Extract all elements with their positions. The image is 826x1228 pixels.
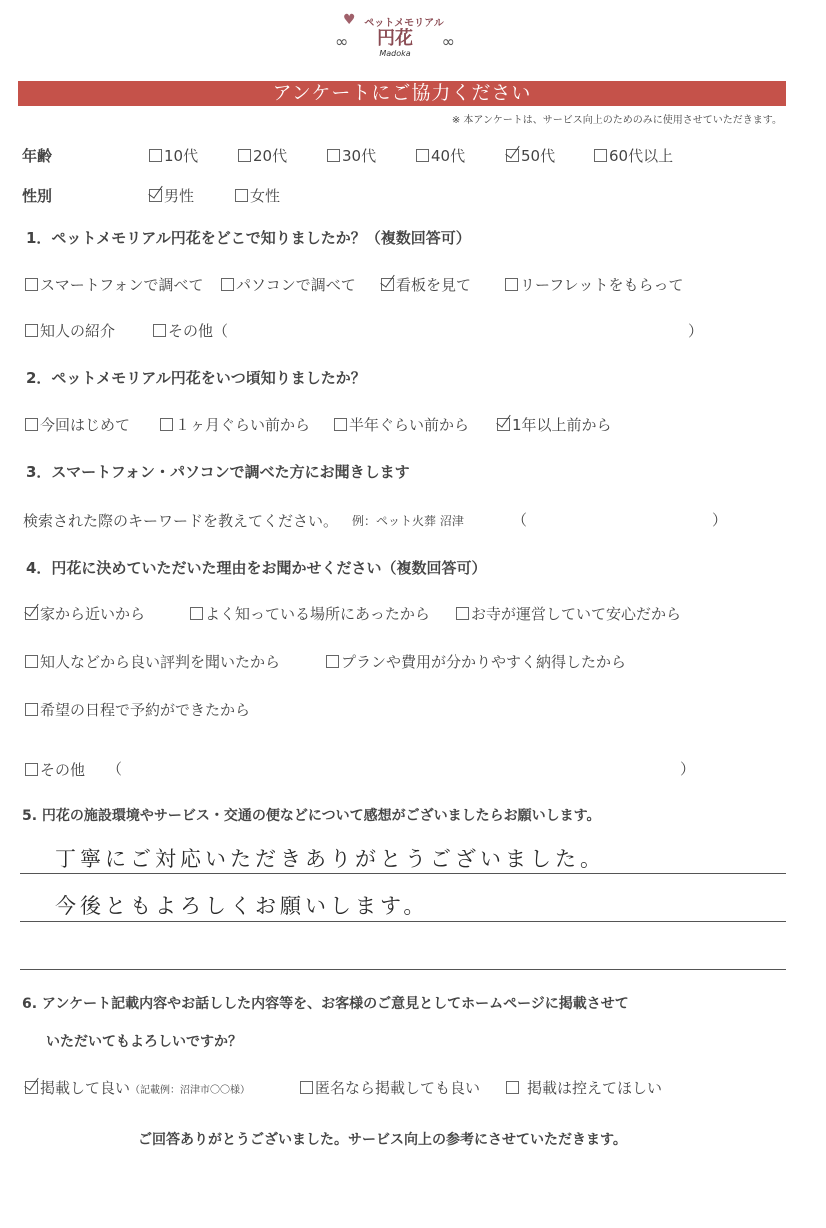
gender-label: 性別	[22, 185, 52, 206]
usage-note: ※ 本アンケートは、サービス向上のためのみに使用させていただきます。	[452, 111, 782, 126]
checkbox[interactable]	[594, 149, 607, 162]
q4-option-preferred-date[interactable]: 希望の日程で予約ができたから	[25, 699, 250, 720]
age-option-40s[interactable]: 40代	[416, 145, 465, 166]
logo-top-text: ペットメモリアル	[353, 14, 455, 29]
q6-option-publish-ok[interactable]: 掲載して良い（記載例：沼津市〇〇様）	[25, 1077, 250, 1098]
checkbox[interactable]	[456, 607, 469, 620]
answer-rule-2	[20, 921, 786, 922]
q4-option-clear-pricing[interactable]: プランや費用が分かりやすく納得したから	[326, 651, 626, 672]
q4-other-close-paren: ）	[680, 758, 695, 779]
checkbox[interactable]	[25, 655, 38, 668]
q3-example: 例：ペット火葬 沼津	[352, 512, 464, 529]
checkbox[interactable]	[25, 763, 38, 776]
q2-option-half-year[interactable]: 半年ぐらい前から	[334, 414, 469, 435]
checkbox-checked[interactable]	[149, 189, 162, 202]
q2-option-first-time[interactable]: 今回はじめて	[25, 414, 130, 435]
q1-option-smartphone[interactable]: スマートフォンで調べて	[25, 274, 204, 295]
checkbox-checked[interactable]	[25, 607, 38, 620]
q6-title-line-2: いただいてもよろしいですか？	[46, 1031, 242, 1051]
q6-title-line-1: 6. アンケート記載内容やお話しした内容等を、お客様のご意見としてホームページに…	[22, 993, 629, 1013]
checkbox[interactable]	[506, 1081, 519, 1094]
logo-sub-text: Madoka	[335, 49, 455, 58]
swirl-right-icon: ∞	[442, 32, 455, 51]
checkbox[interactable]	[327, 149, 340, 162]
q3-close-paren: ）	[712, 509, 727, 530]
q5-answer-line-2[interactable]: 今後ともよろしくお願いします。	[55, 890, 428, 920]
q6-option-anonymous-ok[interactable]: 匿名なら掲載しても良い	[300, 1077, 480, 1098]
checkbox[interactable]	[149, 149, 162, 162]
checkbox[interactable]	[221, 278, 234, 291]
q4-option-temple-run[interactable]: お寺が運営していて安心だから	[456, 603, 681, 624]
q1-option-signboard[interactable]: 看板を見て	[381, 274, 471, 295]
q4-option-other[interactable]: その他	[25, 759, 85, 780]
banner-title: アンケートにご協力ください	[18, 81, 786, 106]
checkbox[interactable]	[153, 324, 166, 337]
logo-main-text: 円花	[335, 29, 455, 49]
q2-option-1-year-plus[interactable]: 1年以上前から	[497, 414, 612, 435]
checkbox[interactable]	[190, 607, 203, 620]
checkbox[interactable]	[25, 324, 38, 337]
logo: ♥ ペットメモリアル ∞ 円花 ∞ Madoka	[335, 8, 455, 70]
checkbox-checked[interactable]	[497, 418, 510, 431]
checkbox[interactable]	[25, 703, 38, 716]
checkbox[interactable]	[238, 149, 251, 162]
checkbox[interactable]	[235, 189, 248, 202]
gender-option-female[interactable]: 女性	[235, 185, 280, 206]
checkbox-checked[interactable]	[506, 149, 519, 162]
q2-option-1-month[interactable]: １ヶ月ぐらい前から	[160, 414, 310, 435]
footer-thanks: ご回答ありがとうございました。サービス向上の参考にさせていただきます。	[138, 1129, 627, 1149]
age-option-30s[interactable]: 30代	[327, 145, 376, 166]
q3-keyword-input[interactable]	[530, 508, 705, 530]
checkbox[interactable]	[300, 1081, 313, 1094]
q4-option-near-home[interactable]: 家から近いから	[25, 603, 145, 624]
q2-title: 2．ペットメモリアル円花をいつ頃知りましたか？	[26, 367, 366, 388]
checkbox[interactable]	[416, 149, 429, 162]
q1-option-referral[interactable]: 知人の紹介	[25, 320, 115, 341]
q3-title: 3．スマートフォン・パソコンで調べた方にお聞きします	[26, 461, 410, 482]
q4-option-known-place[interactable]: よく知っている場所にあったから	[190, 603, 430, 624]
heart-icon: ♥	[343, 12, 356, 28]
age-option-20s[interactable]: 20代	[238, 145, 287, 166]
q6-option-decline[interactable]: 掲載は控えてほしい	[506, 1077, 662, 1098]
swirl-left-icon: ∞	[335, 32, 348, 51]
checkbox[interactable]	[326, 655, 339, 668]
answer-rule-3	[20, 969, 786, 970]
q5-title: 5. 円花の施設環境やサービス・交通の便などについて感想がございましたらお願いし…	[22, 805, 601, 825]
q4-title: 4．円花に決めていただいた理由をお聞かせください（複数回答可）	[26, 557, 486, 578]
checkbox-checked[interactable]	[25, 1081, 38, 1094]
q4-other-open-paren: （	[107, 758, 122, 779]
age-option-10s[interactable]: 10代	[149, 145, 198, 166]
age-option-50s[interactable]: 50代	[506, 145, 555, 166]
q1-title: 1．ペットメモリアル円花をどこで知りましたか？（複数回答可）	[26, 227, 471, 248]
checkbox[interactable]	[505, 278, 518, 291]
q4-option-good-reputation[interactable]: 知人などから良い評判を聞いたから	[25, 651, 280, 672]
checkbox[interactable]	[25, 278, 38, 291]
publish-example-note: （記載例：沼津市〇〇様）	[130, 1085, 250, 1096]
checkbox-checked[interactable]	[381, 278, 394, 291]
q3-open-paren: （	[512, 509, 527, 530]
q1-other-close-paren: ）	[688, 320, 703, 341]
q1-option-leaflet[interactable]: リーフレットをもらって	[505, 274, 684, 295]
q1-option-other[interactable]: その他（	[153, 320, 228, 341]
q3-prompt: 検索された際のキーワードを教えてください。	[23, 510, 338, 531]
gender-option-male[interactable]: 男性	[149, 185, 194, 206]
checkbox[interactable]	[25, 418, 38, 431]
age-option-60s-plus[interactable]: 60代以上	[594, 145, 673, 166]
answer-rule-1	[20, 873, 786, 874]
q5-answer-line-1[interactable]: 丁寧にご対応いただきありがとうございました。	[55, 843, 605, 873]
age-label: 年齢	[22, 145, 52, 166]
checkbox[interactable]	[334, 418, 347, 431]
q1-option-pc[interactable]: パソコンで調べて	[221, 274, 356, 295]
checkbox[interactable]	[160, 418, 173, 431]
